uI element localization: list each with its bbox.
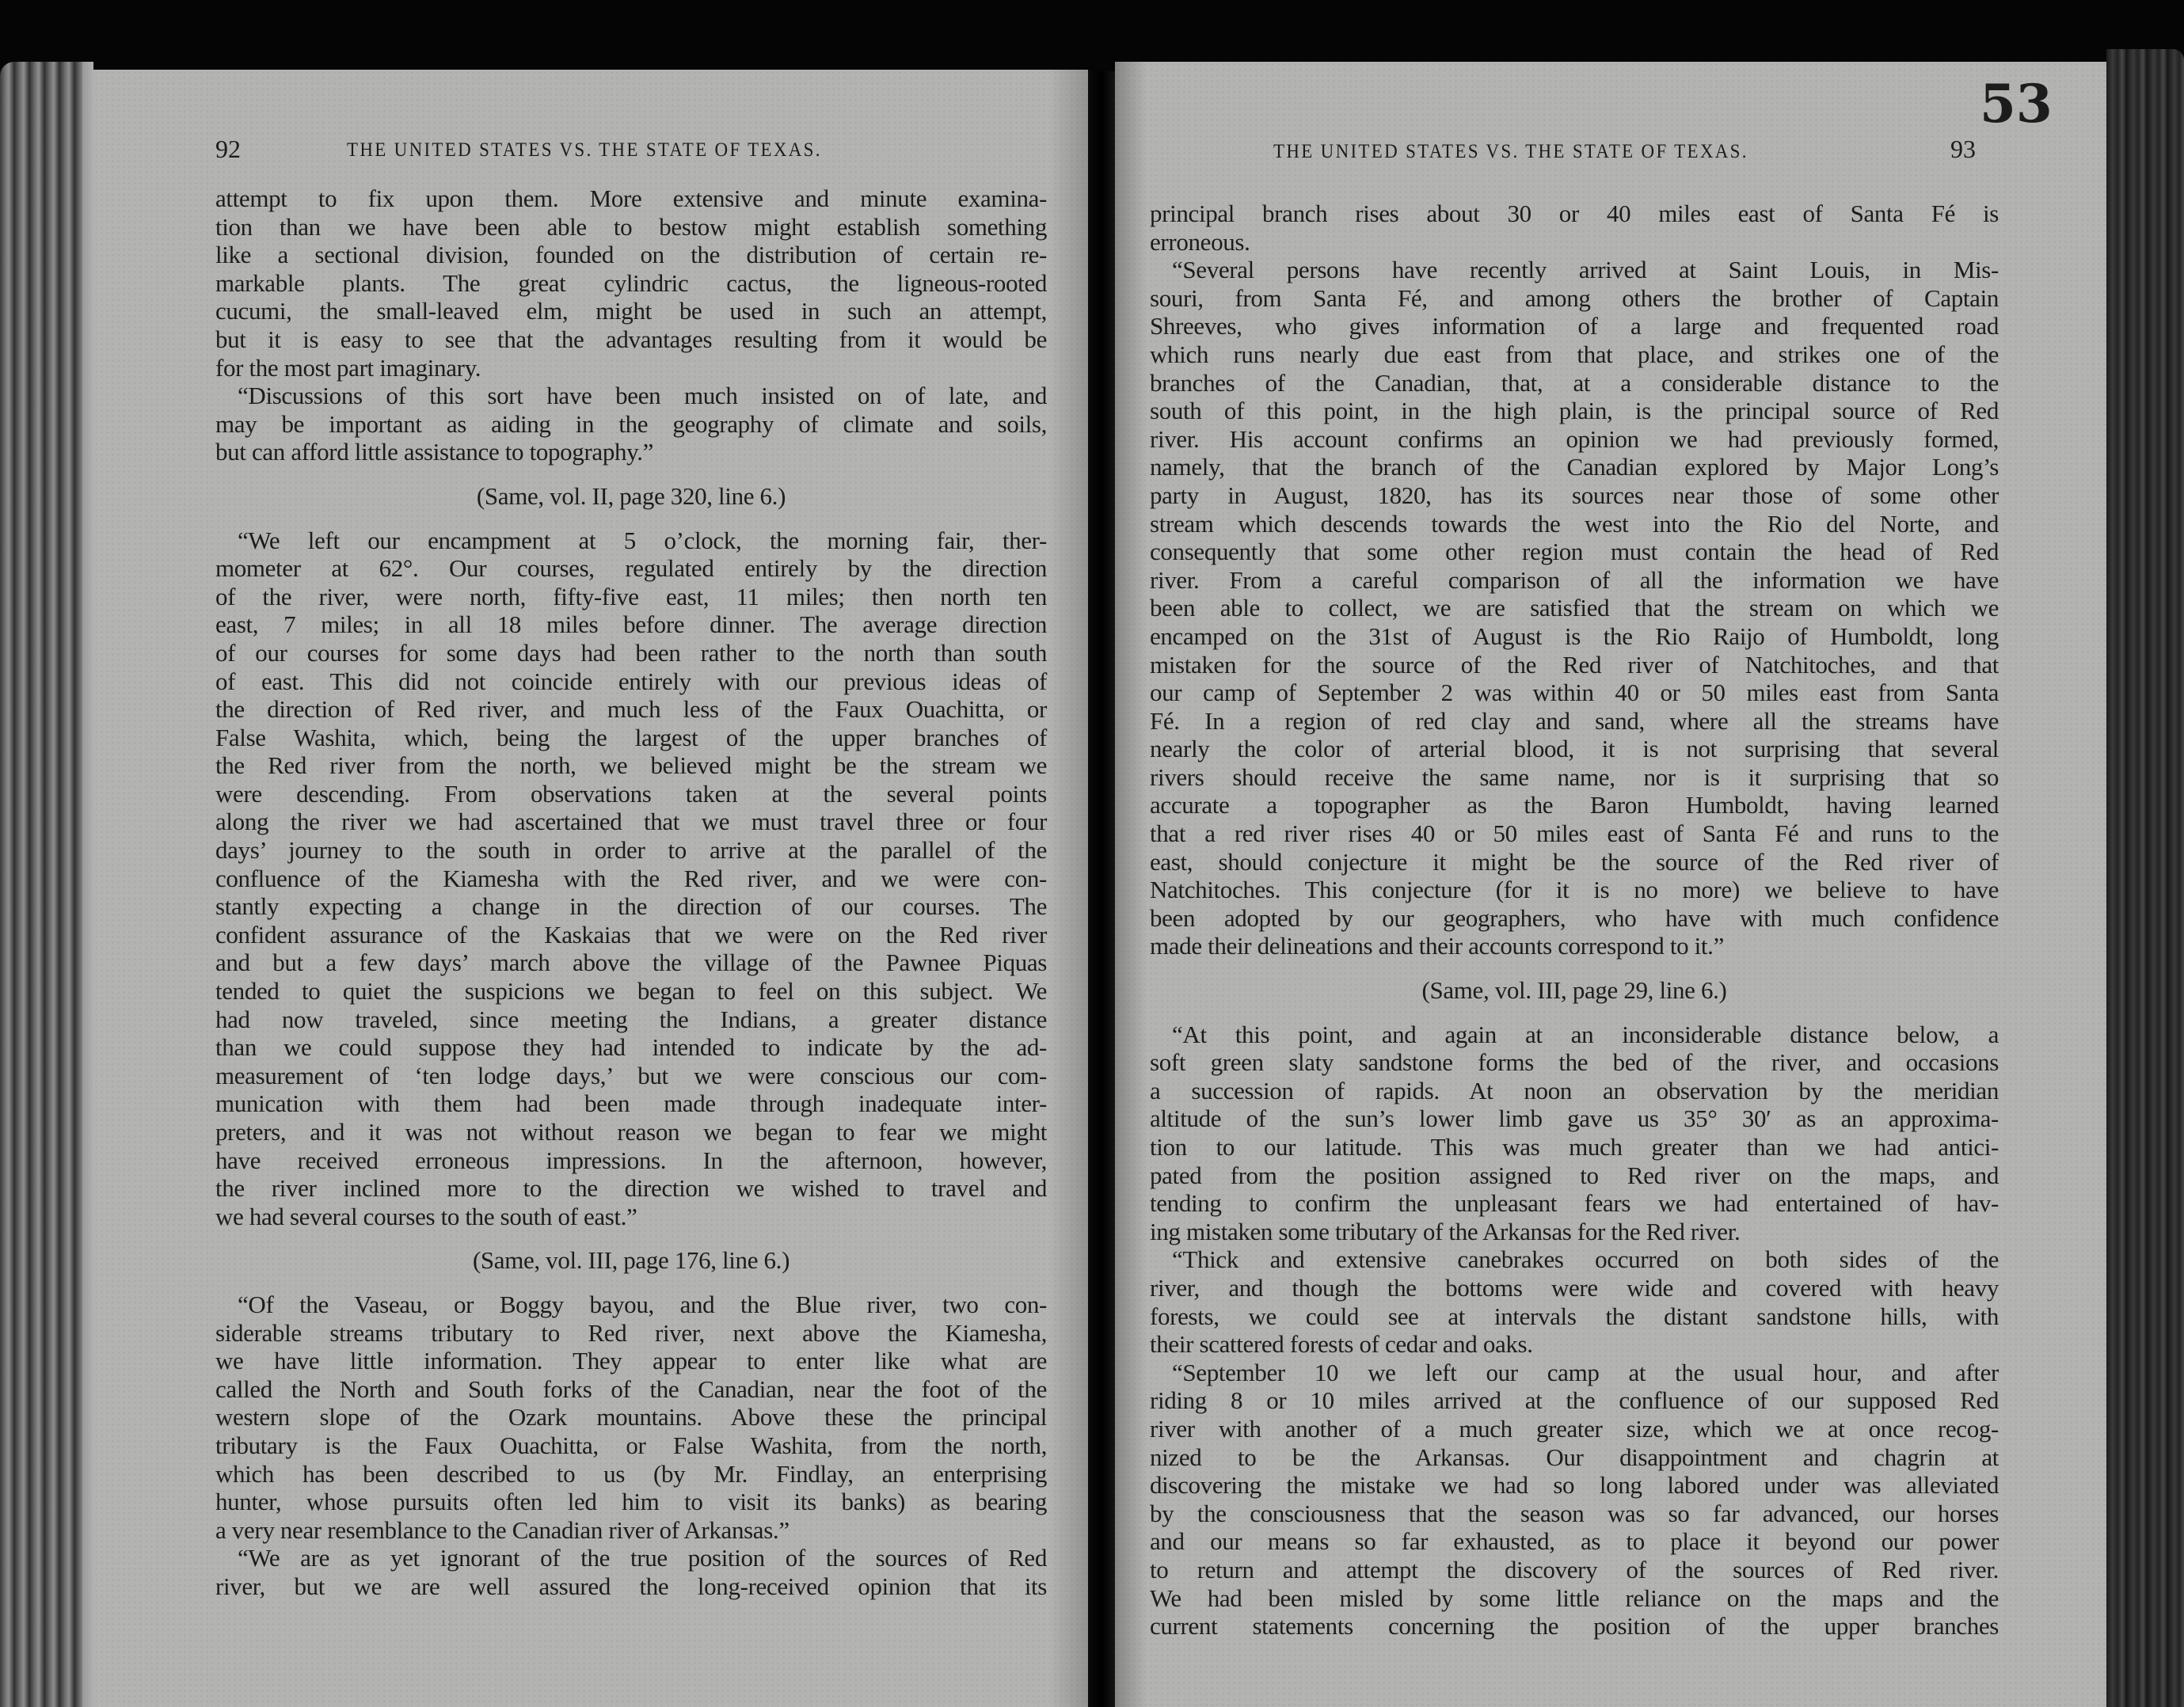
text-line: current statements concerning the positi… <box>1150 1612 1999 1640</box>
text-line: encamped on the 31st of August is the Ri… <box>1150 622 1999 651</box>
text-line: soft green slaty sandstone forms the bed… <box>1150 1048 1999 1077</box>
text-line: confluence of the Kiamesha with the Red … <box>215 865 1047 893</box>
text-line: that a red river rises 40 or 50 miles ea… <box>1150 819 1999 848</box>
text-line: “Of the Vaseau, or Boggy bayou, and the … <box>215 1291 1047 1319</box>
text-line: our camp of September 2 was within 40 or… <box>1150 679 1999 707</box>
text-line: had now traveled, since meeting the Indi… <box>215 1006 1047 1034</box>
text-line: east, 7 miles; in all 18 miles before di… <box>215 610 1047 639</box>
text-line: confident assurance of the Kaskaias that… <box>215 921 1047 949</box>
text-line: party in August, 1820, has its sources n… <box>1150 481 1999 510</box>
text-line: but it is easy to see that the advantage… <box>215 325 1047 354</box>
text-line: made their delineations and their accoun… <box>1150 932 1999 960</box>
text-line: and but a few days’ march above the vill… <box>215 949 1047 977</box>
text-line: consequently that some other region must… <box>1150 538 1999 566</box>
text-line: tion to our latitude. This was much grea… <box>1150 1133 1999 1161</box>
left-page-number: 92 <box>215 135 241 164</box>
text-line: the river inclined more to the direction… <box>215 1174 1047 1203</box>
text-line: Natchitoches. This conjecture (for it is… <box>1150 876 1999 904</box>
book-gutter <box>1088 71 1115 1707</box>
right-running-head: THE UNITED STATES VS. THE STATE OF TEXAS… <box>1273 141 1748 163</box>
text-line: hunter, whose pursuits often led him to … <box>215 1488 1047 1516</box>
text-line: accurate a topographer as the Baron Humb… <box>1150 791 1999 819</box>
text-line: the Red river from the north, we believe… <box>215 751 1047 780</box>
text-line: a succession of rapids. At noon an obser… <box>1150 1077 1999 1105</box>
text-line: have received erroneous impressions. In … <box>215 1146 1047 1175</box>
text-line: like a sectional division, founded on th… <box>215 241 1047 269</box>
text-line: We had been misled by some little relian… <box>1150 1584 1999 1613</box>
text-line: which runs nearly due east from that pla… <box>1150 340 1999 369</box>
text-line: ing mistaken some tributary of the Arkan… <box>1150 1218 1999 1246</box>
text-line: river, but we are well assured the long-… <box>215 1572 1047 1601</box>
text-line: “September 10 we left our camp at the us… <box>1150 1359 1999 1387</box>
text-line: river, and though the bottoms were wide … <box>1150 1274 1999 1302</box>
text-line: “We left our encampment at 5 o’clock, th… <box>215 527 1047 555</box>
text-line: south of this point, in the high plain, … <box>1150 397 1999 425</box>
text-line: east, should conjecture it might be the … <box>1150 848 1999 876</box>
text-line: river with another of a much greater siz… <box>1150 1415 1999 1443</box>
text-line: nized to be the Arkansas. Our disappoint… <box>1150 1443 1999 1472</box>
text-line: munication with them had been made throu… <box>215 1089 1047 1118</box>
text-line: the direction of Red river, and much les… <box>215 695 1047 724</box>
text-line: tion than we have been able to bestow mi… <box>215 213 1047 241</box>
text-line: rivers should receive the same name, nor… <box>1150 763 1999 792</box>
text-line: stantly expecting a change in the direct… <box>215 892 1047 921</box>
left-running-head: THE UNITED STATES VS. THE STATE OF TEXAS… <box>347 139 822 162</box>
text-line: river. His account confirms an opinion w… <box>1150 425 1999 454</box>
text-line: tended to quiet the suspicions we began … <box>215 977 1047 1006</box>
right-page-body: principal branch rises about 30 or 40 mi… <box>1150 200 1999 1640</box>
text-line: we have little information. They appear … <box>215 1347 1047 1375</box>
text-line: were descending. From observations taken… <box>215 780 1047 808</box>
text-line: for the most part imaginary. <box>215 354 1047 382</box>
text-line: “Several persons have recently arrived a… <box>1150 256 1999 284</box>
text-line: “We are as yet ignorant of the true posi… <box>215 1544 1047 1572</box>
text-line: altitude of the sun’s lower limb gave us… <box>1150 1104 1999 1133</box>
text-line: measurement of ‘ten lodge days,’ but we … <box>215 1062 1047 1090</box>
text-line: erroneous. <box>1150 228 1999 257</box>
right-page: 53 THE UNITED STATES VS. THE STATE OF TE… <box>1115 62 2106 1707</box>
text-line: of our courses for some days had been ra… <box>215 639 1047 667</box>
text-line: siderable streams tributary to Red river… <box>215 1319 1047 1348</box>
text-line: than we could suppose they had intended … <box>215 1033 1047 1062</box>
text-line: but can afford little assistance to topo… <box>215 438 1047 466</box>
text-line: a very near resemblance to the Canadian … <box>215 1516 1047 1545</box>
text-line: of the river, were north, fifty-five eas… <box>215 583 1047 611</box>
text-line: “Discussions of this sort have been much… <box>215 382 1047 410</box>
text-line: nearly the color of arterial blood, it i… <box>1150 735 1999 763</box>
text-line: by the consciousness that the season was… <box>1150 1500 1999 1528</box>
text-line: tending to confirm the unpleasant fears … <box>1150 1189 1999 1218</box>
text-line: markable plants. The great cylindric cac… <box>215 269 1047 298</box>
text-line: river. From a careful comparison of all … <box>1150 566 1999 595</box>
text-line: tributary is the Faux Ouachitta, or Fals… <box>215 1431 1047 1460</box>
text-line: stream which descends towards the west i… <box>1150 510 1999 538</box>
text-line: branches of the Canadian, that, at a con… <box>1150 369 1999 397</box>
right-page-number: 93 <box>1950 135 1976 164</box>
left-page-stack-edge <box>0 62 93 1707</box>
text-line: mometer at 62°. Our courses, regulated e… <box>215 554 1047 583</box>
citation-heading: (Same, vol. III, page 176, line 6.) <box>215 1246 1047 1275</box>
text-line: “Thick and extensive canebrakes occurred… <box>1150 1245 1999 1274</box>
text-line: False Washita, which, being the largest … <box>215 724 1047 752</box>
text-line: pated from the position assigned to Red … <box>1150 1161 1999 1190</box>
citation-heading: (Same, vol. III, page 29, line 6.) <box>1150 976 1999 1005</box>
text-line: been adopted by our geographers, who hav… <box>1150 904 1999 933</box>
text-line: discovering the mistake we had so long l… <box>1150 1471 1999 1500</box>
right-page-stack-edge <box>2106 49 2184 1707</box>
text-line: to return and attempt the discovery of t… <box>1150 1556 1999 1584</box>
text-line: we had several courses to the south of e… <box>215 1203 1047 1231</box>
text-line: Shreeves, who gives information of a lar… <box>1150 312 1999 340</box>
text-line: cucumi, the small-leaved elm, might be u… <box>215 297 1047 325</box>
text-line: Fé. In a region of red clay and sand, wh… <box>1150 707 1999 736</box>
text-line: forests, we could see at intervals the d… <box>1150 1302 1999 1331</box>
text-line: which has been described to us (by Mr. F… <box>215 1460 1047 1488</box>
text-line: namely, that the branch of the Canadian … <box>1150 453 1999 481</box>
stamped-page-number: 53 <box>1980 73 2053 135</box>
text-line: their scattered forests of cedar and oak… <box>1150 1330 1999 1359</box>
text-line: mistaken for the source of the Red river… <box>1150 651 1999 679</box>
text-line: souri, from Santa Fé, and among others t… <box>1150 284 1999 313</box>
left-page-body: attempt to fix upon them. More extensive… <box>215 184 1047 1601</box>
text-line: preters, and it was not without reason w… <box>215 1118 1047 1146</box>
text-line: days’ journey to the south in order to a… <box>215 836 1047 865</box>
text-line: of east. This did not coincide entirely … <box>215 667 1047 696</box>
text-line: attempt to fix upon them. More extensive… <box>215 184 1047 213</box>
text-line: along the river we had ascertained that … <box>215 808 1047 836</box>
text-line: principal branch rises about 30 or 40 mi… <box>1150 200 1999 228</box>
text-line: may be important as aiding in the geogra… <box>215 410 1047 439</box>
text-line: riding 8 or 10 miles arrived at the conf… <box>1150 1386 1999 1415</box>
text-line: “At this point, and again at an inconsid… <box>1150 1021 1999 1049</box>
text-line: called the North and South forks of the … <box>215 1375 1047 1404</box>
text-line: been able to collect, we are satisfied t… <box>1150 594 1999 622</box>
text-line: and our means so far exhausted, as to pl… <box>1150 1527 1999 1556</box>
text-line: western slope of the Ozark mountains. Ab… <box>215 1403 1047 1431</box>
left-page: 92 THE UNITED STATES VS. THE STATE OF TE… <box>93 70 1088 1707</box>
citation-heading: (Same, vol. II, page 320, line 6.) <box>215 482 1047 511</box>
